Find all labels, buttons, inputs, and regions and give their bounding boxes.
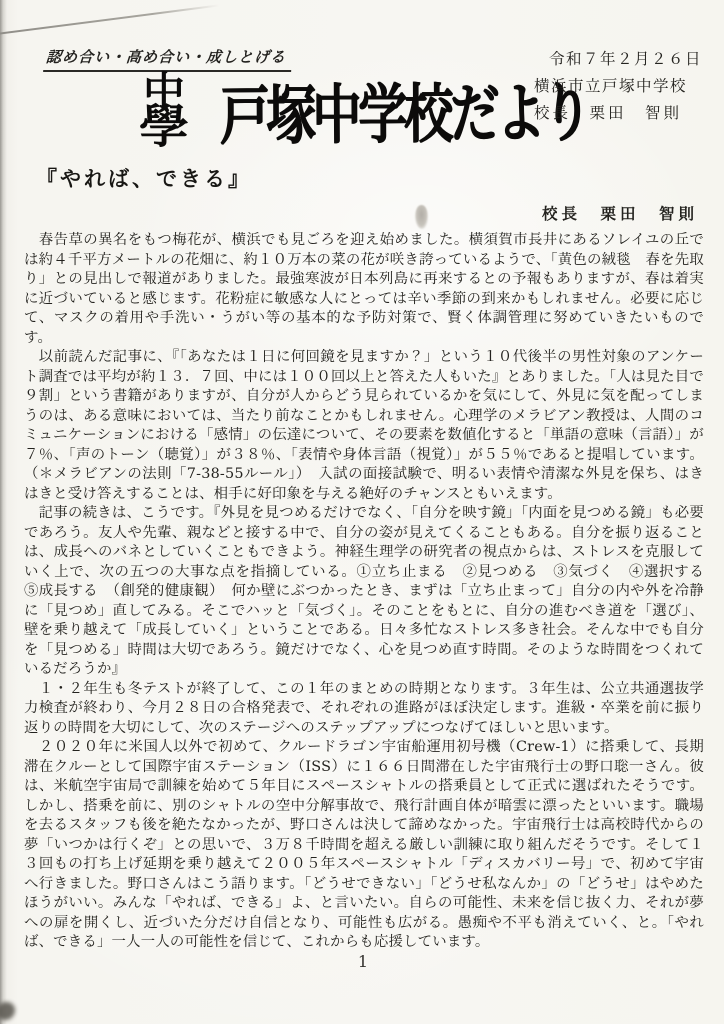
principal-name: 校長 栗田 智則 [534,100,702,127]
newsletter-page: 認め合い・高め合い・成しとげる 中 學 戸塚中学校だより 令和７年２月２６日 横… [0,0,724,1024]
scan-bottom-smudge [0,1002,15,1020]
page-number: 1 [348,952,378,971]
paragraph-inner-mirror: 記事の続きは、こうです。『外見を見つめるだけでなく、「自分を映す鏡」「内面を見つ… [24,504,704,680]
scan-ink-stain [415,205,428,229]
scan-left-edge-shadow [0,0,7,1024]
article-byline: 校長 栗田 智則 [542,202,698,224]
masthead: 中 學 戸塚中学校だより [112,64,588,160]
newsletter-title: 戸塚中学校だより [220,62,588,158]
school-name: 横浜市立戸塚中学校 [534,73,702,100]
article-heading: 『やれば、できる』 [36,163,252,193]
emblem-bottom-glyph: 學 [139,104,189,150]
scan-top-edge-line [0,4,219,35]
header-info-block: 令和７年２月２６日 横浜市立戸塚中学校 校長 栗田 智則 [534,46,702,127]
school-emblem-icon: 中 學 [112,64,216,160]
paragraph-astronaut-noguchi: ２０２０年に米国人以外で初めて、クルードラゴン宇宙船運用初号機（Crew-1）に… [24,738,704,953]
article-body: 春告草の異名をもつ梅花が、横浜でも見ごろを迎え始めました。横須賀市長井にあるソレ… [24,231,704,953]
paragraph-mirror-survey: 以前読んだ記事に、『「あなたは１日に何回鏡を見ますか？」という１０代後半の男性対… [24,348,704,504]
issue-date: 令和７年２月２６日 [534,46,702,73]
paragraph-year-end: １・２年生も冬テストが終了して、この１年のまとめの時期となります。３年生は、公立… [24,680,704,739]
paragraph-spring-greeting: 春告草の異名をもつ梅花が、横浜でも見ごろを迎え始めました。横須賀市長井にあるソレ… [24,231,704,348]
